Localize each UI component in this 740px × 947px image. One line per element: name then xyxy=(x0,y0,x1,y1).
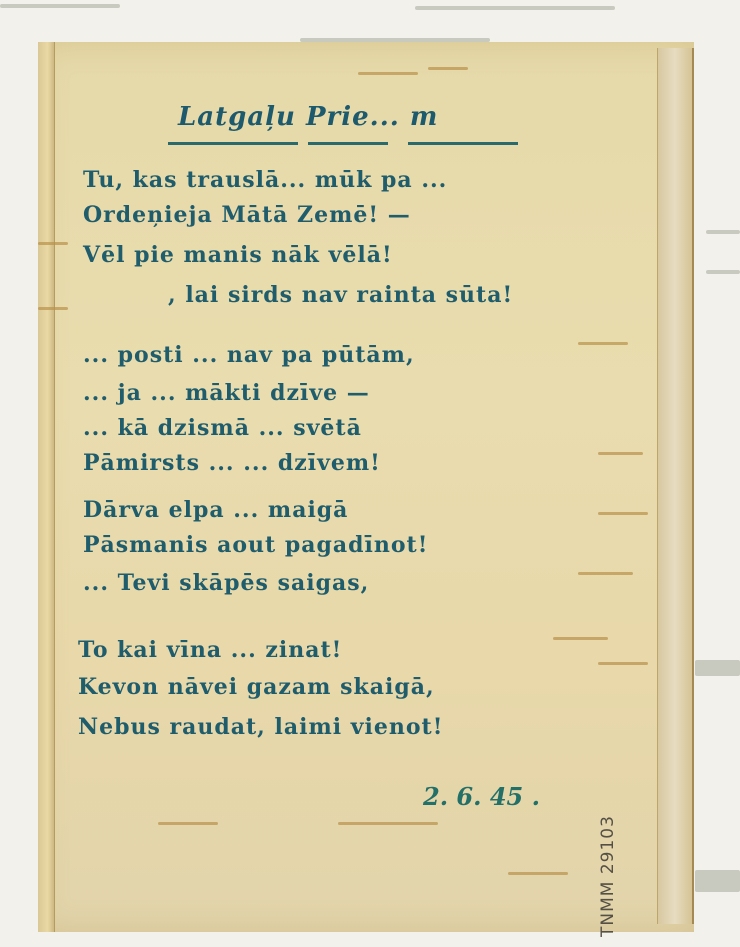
background-bark-streak xyxy=(706,230,740,234)
bark-lenticel xyxy=(508,872,568,875)
poem-line: Tu, kas trauslā... mūk pa ... xyxy=(83,167,447,193)
poem-line: Dārva elpa ... maigā xyxy=(83,497,348,523)
bark-lenticel xyxy=(158,822,218,825)
poem-line: Pāmirsts ... ... dzīvem! xyxy=(83,450,381,476)
museum-inventory-number: TNMM 29103 xyxy=(598,815,618,937)
poem-line: To kai vīna ... zinat! xyxy=(78,637,342,663)
poem-line: Kevon nāvei gazam skaigā, xyxy=(78,674,435,700)
poem-line: Ordeņieja Mātā Zemē! — xyxy=(83,202,411,228)
poem-line: Nebus raudat, laimi vienot! xyxy=(78,714,443,740)
bark-right-edge-strip xyxy=(657,48,694,924)
background-bark-streak xyxy=(695,870,740,892)
bark-lenticel xyxy=(598,452,643,455)
poem-date: 2. 6. 45 . xyxy=(423,782,540,811)
bark-lenticel xyxy=(578,572,633,575)
bark-lenticel xyxy=(428,67,468,70)
background-bark-streak xyxy=(415,6,615,10)
bark-lenticel xyxy=(553,637,608,640)
poem-line: , lai sirds nav rainta sūta! xyxy=(168,282,513,308)
background-bark-streak xyxy=(706,270,740,274)
bark-left-edge xyxy=(38,42,55,932)
bark-lenticel xyxy=(598,512,648,515)
bark-lenticel xyxy=(38,242,68,245)
bark-lenticel xyxy=(338,822,438,825)
poem-line: ... kā dzismā ... svētā xyxy=(83,415,362,441)
poem-line: Vēl pie manis nāk vēlā! xyxy=(83,242,393,268)
bark-lenticel xyxy=(598,662,648,665)
poem-line: ... posti ... nav pa pūtām, xyxy=(83,342,415,368)
background-bark-streak xyxy=(695,660,740,676)
bark-lenticel xyxy=(578,342,628,345)
poem-line: ... ja ... mākti dzīve — xyxy=(83,380,370,406)
poem-line: ... Tevi skāpēs saigas, xyxy=(83,570,369,596)
bark-lenticel xyxy=(358,72,418,75)
background-bark-streak xyxy=(0,4,120,8)
poem-line: Pāsmanis aout pagadīnot! xyxy=(83,532,428,558)
poem-title: Latgaļu Prie... m xyxy=(178,102,438,132)
birch-bark-sheet: Latgaļu Prie... m Tu, kas trauslā... mūk… xyxy=(38,42,694,932)
bark-lenticel xyxy=(38,307,68,310)
title-underline xyxy=(168,142,518,145)
